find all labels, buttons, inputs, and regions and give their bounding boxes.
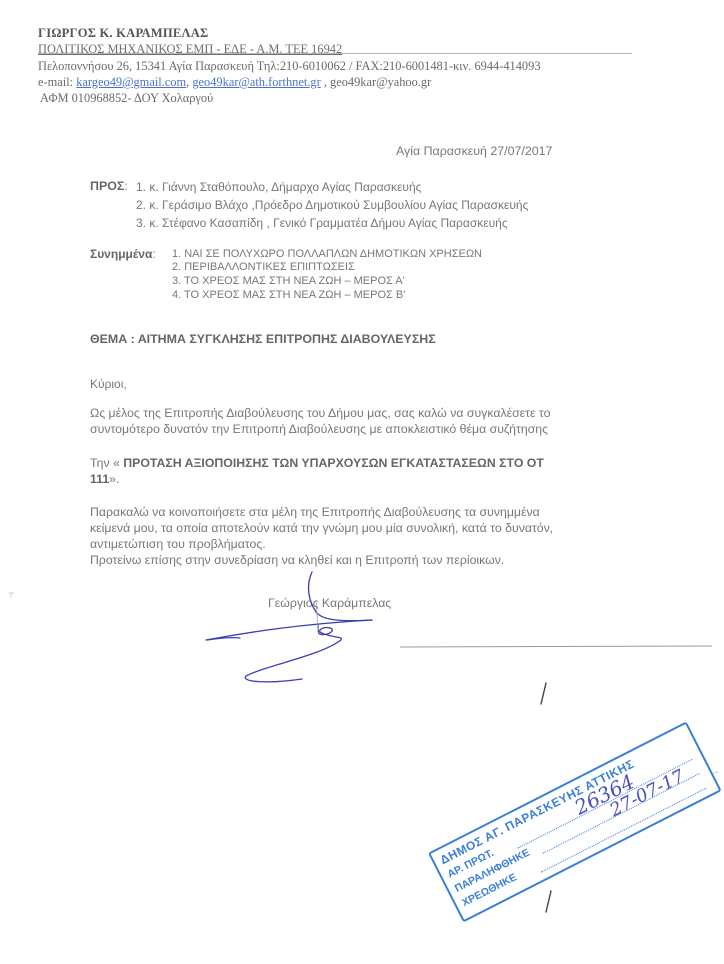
recipients-label: ΠΡΟΣ: [90, 180, 128, 192]
recipient-item: 3. κ. Στέφανο Κασαπίδη , Γενικό Γραμματέ… [136, 217, 508, 229]
proposal-line: 111». [90, 473, 119, 485]
email-yahoo: geo49kar@yahoo.gr [330, 75, 431, 89]
email-label: e-mail: [38, 75, 76, 89]
proposal-line: Την « ΠΡΟΤΑΣΗ ΑΞΙΟΠΟΙΗΣΗΣ ΤΩΝ ΥΠΑΡΧΟΥΣΩΝ… [90, 457, 544, 469]
attachment-item: 4. ΤΟ ΧΡΕΟΣ ΜΑΣ ΣΤΗ ΝΕΑ ΖΩΗ – ΜΕΡΟΣ Β' [172, 290, 405, 301]
paragraph-1-line: συντομότερο δυνατόν την Επιτροπή Διαβούλ… [90, 423, 548, 435]
proposal-prefix: Την « [90, 456, 123, 470]
attachment-item: 2. ΠΕΡΙΒΑΛΛΟΝΤΙΚΕΣ ΕΠΙΠΤΩΣΕΙΣ [172, 262, 355, 273]
signature-scribble [206, 572, 372, 682]
date-line: Αγία Παρασκευή 27/07/2017 [396, 145, 552, 157]
attachments-label-text: Συνημμένα [90, 247, 152, 261]
stamp-box: ΔΗΜΟΣ ΑΓ. ΠΑΡΑΣΚΕΥΗΣ ΑΤΤΙΚΗΣ ΑΡ. ΠΡΩΤ. Π… [428, 721, 722, 922]
recipient-item: 2. κ. Γεράσιμο Βλάχο ,Πρόεδρο Δημοτικού … [136, 199, 528, 211]
letterhead-name: ΓΙΩΡΓΟΣ Κ. ΚΑΡΑΜΠΕΛΑΣ [38, 27, 208, 40]
letterhead-tax-info: ΑΦΜ 010968852- ΔΟΥ Χολαργού [40, 92, 213, 104]
salutation: Κύριοι, [90, 378, 127, 390]
paragraph-3-line: Προτείνω επίσης στην συνεδρίαση να κληθε… [90, 554, 504, 566]
attachments-label: Συνημμένα: [90, 248, 156, 260]
recipient-item: 1. κ. Γιάννη Σταθόπουλο, Δήμαρχο Αγίας Π… [136, 181, 421, 193]
recipients-label-text: ΠΡΟΣ [90, 179, 124, 193]
signature-name: Γεώργιος Καράμπελας [268, 597, 391, 609]
attachments-colon: : [152, 247, 155, 261]
letter-page: ΓΙΩΡΓΟΣ Κ. ΚΑΡΑΜΠΕΛΑΣ ΠΟΛΙΤΙΚΟΣ ΜΗΧΑΝΙΚΟ… [0, 0, 724, 964]
signature-line [400, 646, 712, 647]
recipients-colon: : [124, 179, 127, 193]
letterhead-emails: e-mail: kargeo49@gmail.com, geo49kar@ath… [38, 76, 431, 88]
email-separator: , [321, 75, 330, 89]
stamp-line: ΔΗΜΟΣ ΑΓ. ΠΑΡΑΣΚΕΥΗΣ ΑΤΤΙΚΗΣ [438, 758, 636, 867]
letterhead-divider [38, 53, 632, 54]
proposal-suffix: ». [109, 472, 119, 486]
paragraph-3-line: κείμενά μου, τα οποία αποτελούν κατά την… [90, 522, 553, 534]
registration-stamp: ΔΗΜΟΣ ΑΓ. ΠΑΡΑΣΚΕΥΗΣ ΑΤΤΙΚΗΣ ΑΡ. ΠΡΩΤ. Π… [428, 717, 724, 933]
letterhead-address: Πελοποννήσου 26, 15341 Αγία Παρασκευή Τη… [38, 60, 541, 72]
subject-line: ΘΕΜΑ : ΑΙΤΗΜΑ ΣΥΓΚΛΗΣΗΣ ΕΠΙΤΡΟΠΗΣ ΔΙΑΒΟΥ… [90, 333, 436, 345]
proposal-title-cont: 111 [90, 472, 109, 486]
email-link-gmail[interactable]: kargeo49@gmail.com [76, 75, 186, 89]
paragraph-3-line: Παρακαλώ να κοινοποιήσετε στα μέλη της Ε… [90, 506, 540, 518]
attachment-item: 1. ΝΑΙ ΣΕ ΠΟΛΥΧΩΡΟ ΠΟΛΛΑΠΛΩΝ ΔΗΜΟΤΙΚΩΝ Χ… [172, 249, 482, 260]
paragraph-3-line: αντιμετώπιση του προβλήματος. [90, 538, 266, 550]
proposal-title: ΠΡΟΤΑΣΗ ΑΞΙΟΠΟΙΗΣΗΣ ΤΩΝ ΥΠΑΡΧΟΥΣΩΝ ΕΓΚΑΤ… [123, 456, 544, 470]
paragraph-1-line: Ως μέλος της Επιτροπής Διαβούλευσης του … [90, 407, 550, 419]
attachment-item: 3. ΤΟ ΧΡΕΟΣ ΜΑΣ ΣΤΗ ΝΕΑ ΖΩΗ – ΜΕΡΟΣ Α' [172, 276, 405, 287]
margin-marks [9, 593, 719, 773]
email-link-forthnet[interactable]: geo49kar@ath.forthnet.gr [192, 75, 320, 89]
